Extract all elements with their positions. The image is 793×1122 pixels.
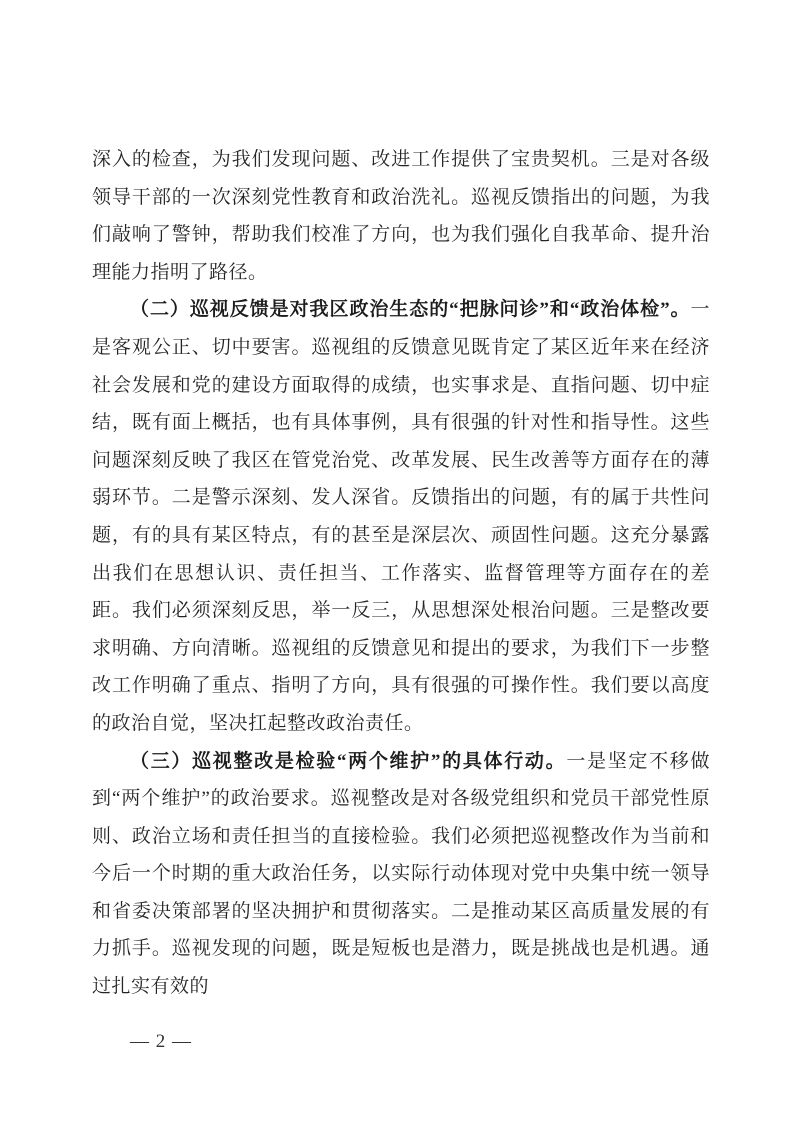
page-number: — 2 — — [130, 1031, 192, 1053]
document-body: 深入的检查，为我们发现问题、改进工作提供了宝贵契机。三是对各级领导干部的一次深刻… — [92, 141, 710, 1006]
body-text-run: 一是坚定不移做到“两个维护”的政治要求。巡视整改是对各级党组织和党员干部党性原则… — [92, 751, 710, 998]
body-text-run: 一是客观公正、切中要害。巡视组的反馈意见既肯定了某区近年来在经济社会发展和党的建… — [92, 299, 710, 734]
paragraph: 深入的检查，为我们发现问题、改进工作提供了宝贵契机。三是对各级领导干部的一次深刻… — [92, 141, 710, 291]
paragraph: （二）巡视反馈是对我区政治生态的“把脉问诊”和“政治体检”。一是客观公正、切中要… — [92, 291, 710, 742]
document-page: 深入的检查，为我们发现问题、改进工作提供了宝贵契机。三是对各级领导干部的一次深刻… — [0, 0, 793, 1122]
section-heading-run: （二）巡视反馈是对我区政治生态的“把脉问诊”和“政治体检”。 — [130, 299, 690, 320]
section-heading-run: （三）巡视整改是检验“两个维护”的具体行动。 — [130, 751, 566, 772]
body-text-run: 深入的检查，为我们发现问题、改进工作提供了宝贵契机。三是对各级领导干部的一次深刻… — [92, 149, 710, 283]
paragraph: （三）巡视整改是检验“两个维护”的具体行动。一是坚定不移做到“两个维护”的政治要… — [92, 743, 710, 1006]
